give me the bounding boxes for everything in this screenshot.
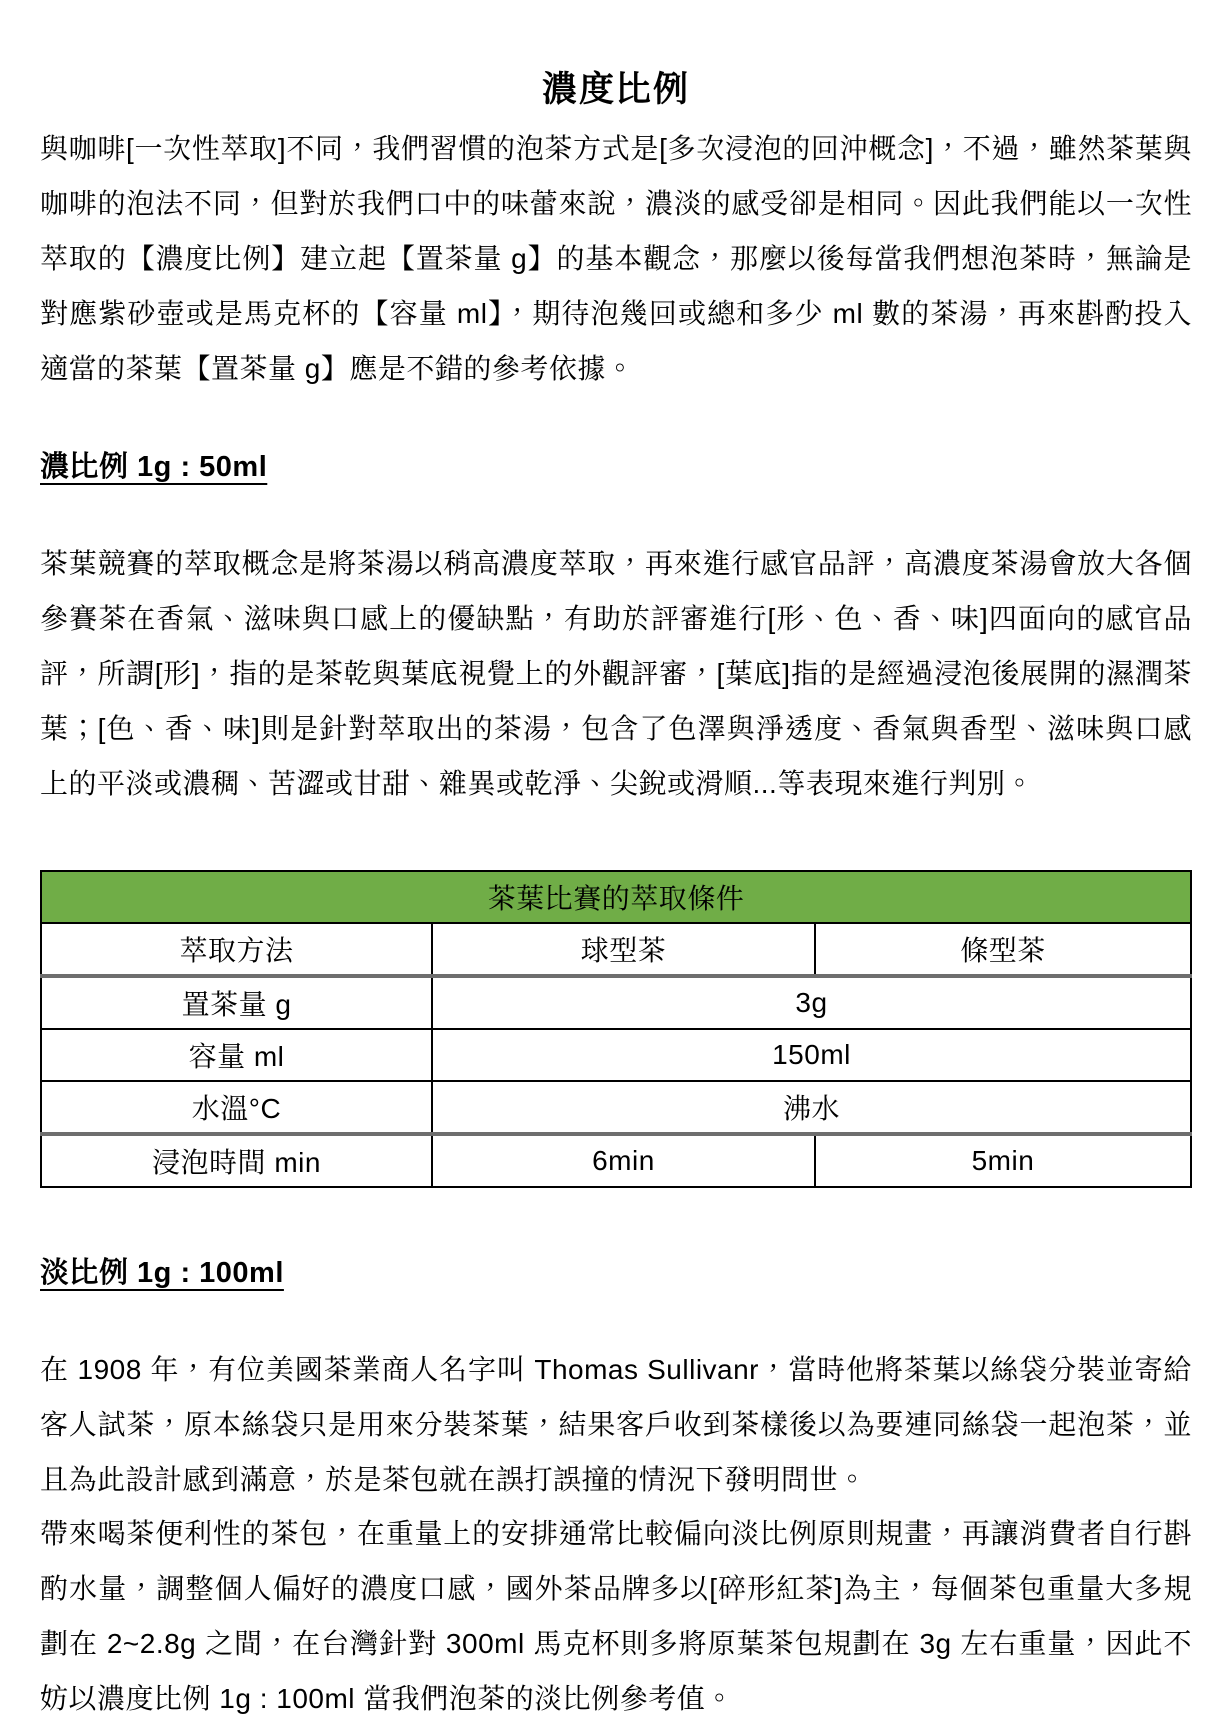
light-ratio-paragraph-2: 帶來喝茶便利性的茶包，在重量上的安排通常比較偏向淡比例原則規畫，再讓消費者自行斟…	[40, 1507, 1192, 1727]
table-row-volume: 容量 ml 150ml	[41, 1029, 1191, 1081]
column-header-ball-tea: 球型茶	[432, 923, 815, 976]
table-title-row: 茶葉比賽的萃取條件	[41, 871, 1191, 923]
row-value-water-temp: 沸水	[432, 1081, 1191, 1134]
document-page: 濃度比例 與咖啡[一次性萃取]不同，我們習慣的泡茶方式是[多次浸泡的回沖概念]，…	[0, 0, 1232, 1732]
intro-paragraph: 與咖啡[一次性萃取]不同，我們習慣的泡茶方式是[多次浸泡的回沖概念]，不過，雖然…	[40, 122, 1192, 396]
row-value-tea-amount: 3g	[432, 976, 1191, 1029]
table-row-steep-time: 浸泡時間 min 6min 5min	[41, 1134, 1191, 1187]
row-value-steep-time-strip: 5min	[815, 1134, 1191, 1187]
row-label-water-temp: 水溫°C	[41, 1081, 432, 1134]
row-label-volume: 容量 ml	[41, 1029, 432, 1081]
column-header-strip-tea: 條型茶	[815, 923, 1191, 976]
light-ratio-paragraph-1: 在 1908 年，有位美國茶業商人名字叫 Thomas Sullivanr，當時…	[40, 1343, 1192, 1508]
strong-ratio-paragraph: 茶葉競賽的萃取概念是將茶湯以稍高濃度萃取，再來進行感官品評，高濃度茶湯會放大各個…	[40, 537, 1192, 811]
strong-ratio-heading: 濃比例 1g : 50ml	[40, 444, 1192, 485]
table-header-row: 萃取方法 球型茶 條型茶	[41, 923, 1191, 976]
row-value-volume: 150ml	[432, 1029, 1191, 1081]
table-row-water-temp: 水溫°C 沸水	[41, 1081, 1191, 1134]
table-title: 茶葉比賽的萃取條件	[41, 871, 1191, 923]
row-label-steep-time: 浸泡時間 min	[41, 1134, 432, 1187]
light-ratio-heading: 淡比例 1g : 100ml	[40, 1250, 1192, 1291]
table-row-tea-amount: 置茶量 g 3g	[41, 976, 1191, 1029]
page-title: 濃度比例	[40, 62, 1192, 112]
row-value-steep-time-ball: 6min	[432, 1134, 815, 1187]
column-header-method: 萃取方法	[41, 923, 432, 976]
extraction-conditions-table: 茶葉比賽的萃取條件 萃取方法 球型茶 條型茶 置茶量 g 3g 容量 ml 15…	[40, 870, 1192, 1188]
row-label-tea-amount: 置茶量 g	[41, 976, 432, 1029]
